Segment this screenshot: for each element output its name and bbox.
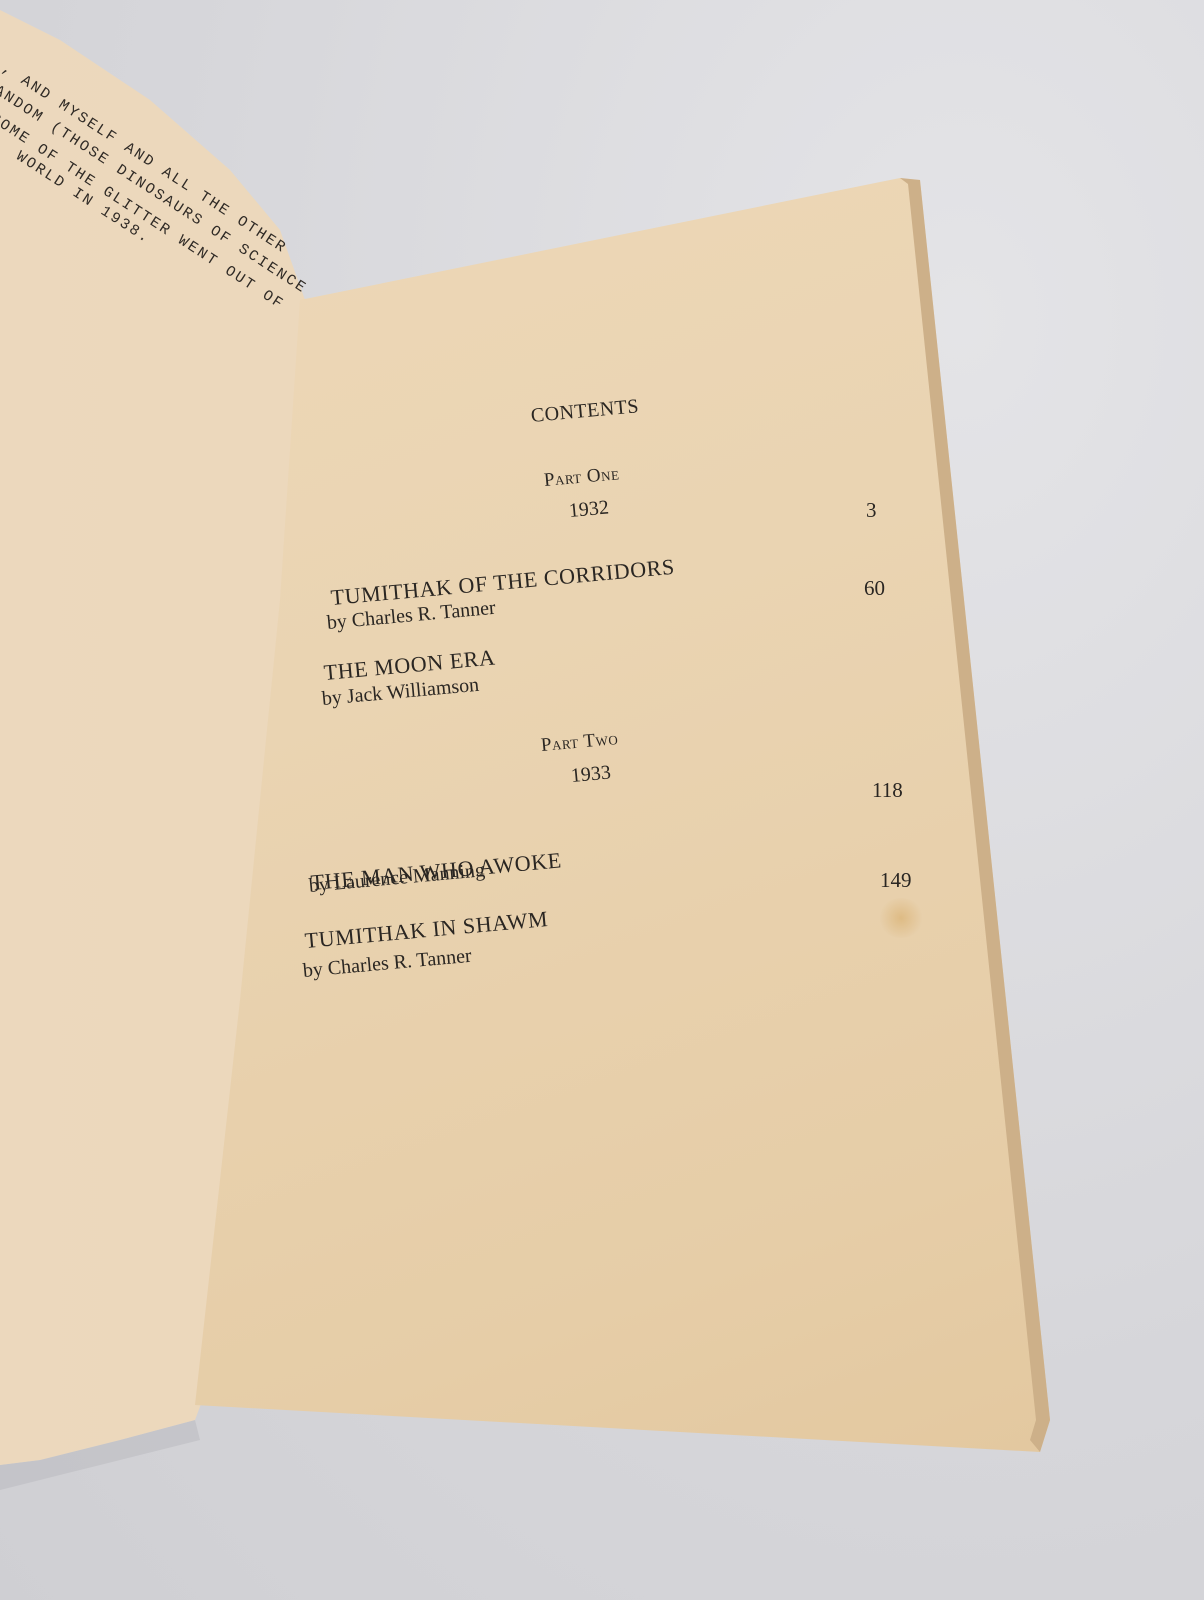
entry-title[interactable]: TUMITHAK OF THE CORRIDORS	[330, 554, 676, 611]
part-year: 1932	[568, 496, 610, 523]
entry-title[interactable]: TUMITHAK IN SHAWM	[304, 906, 550, 954]
contents-heading: CONTENTS	[530, 395, 640, 428]
page-number: 118	[872, 778, 903, 803]
contents-page: CONTENTS Part One 1932 3 TUMITHAK OF THE…	[0, 0, 1204, 1600]
page-number: 60	[864, 576, 885, 601]
page-number: 3	[866, 498, 877, 523]
part-label: Part Two	[540, 728, 619, 757]
part-label: Part One	[543, 463, 620, 492]
part-year: 1933	[570, 761, 612, 788]
page-number: 149	[880, 868, 912, 893]
